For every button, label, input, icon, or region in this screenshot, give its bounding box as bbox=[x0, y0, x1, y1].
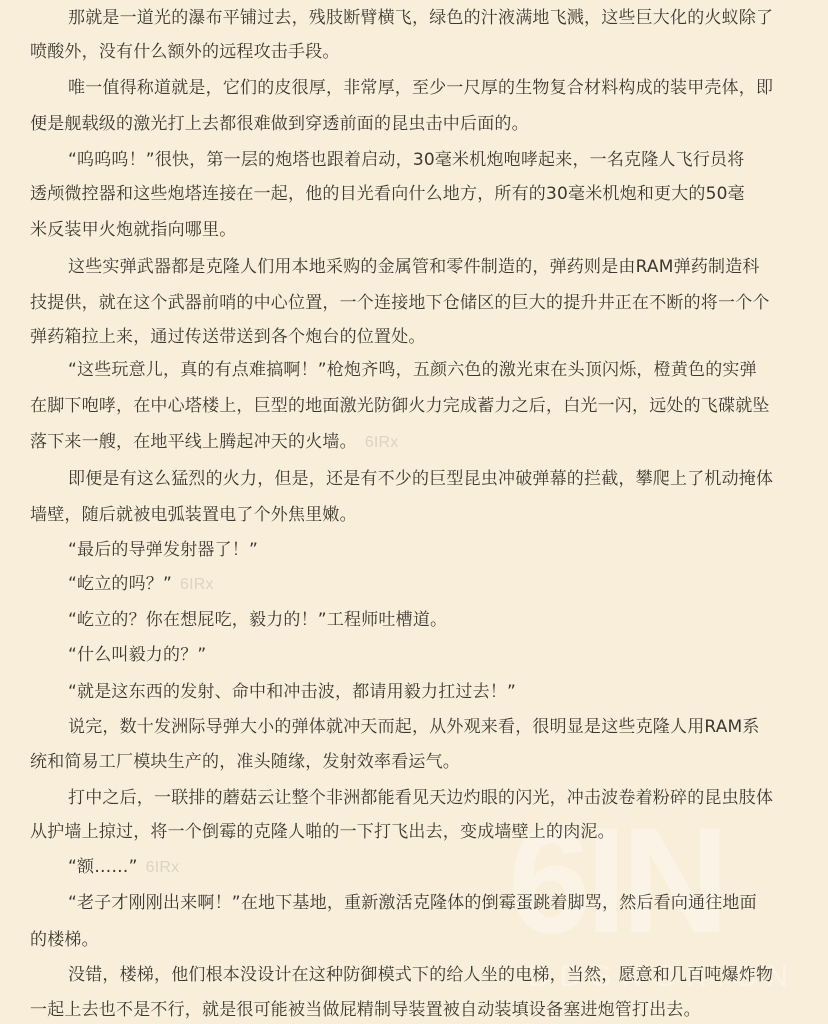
paragraph-first-line: “额……”6IRx bbox=[68, 854, 179, 880]
inline-watermark-tag: 6IRx bbox=[365, 434, 399, 451]
line-text: 唯一值得称道就是，它们的皮很厚，非常厚，至少一尺厚的生物复合材料构成的装甲壳体，… bbox=[68, 78, 773, 98]
paragraph-first-line: 那就是一道光的瀑布平铺过去，残肢断臂横飞，绿色的汁液满地飞溅，这些巨大化的火蚁除… bbox=[68, 5, 773, 31]
paragraph-first-line: 这些实弹武器都是克隆人们用本地采购的金属管和零件制造的，弹药则是由RAM弹药制造… bbox=[68, 254, 760, 280]
line-text: 统和简易工厂模块生产的，准头随缘，发射效率看运气。 bbox=[30, 752, 460, 772]
paragraph-line: 弹药箱拉上来，通过传送带送到各个炮台的位置处。 bbox=[30, 324, 426, 350]
paragraph-first-line: 打中之后，一联排的蘑菇云让整个非洲都能看见天边灼眼的闪光，冲击波卷着粉碎的昆虫肢… bbox=[68, 785, 773, 811]
paragraph-line: 喷酸外，没有什么额外的远程攻击手段。 bbox=[30, 39, 340, 65]
line-text: 那就是一道光的瀑布平铺过去，残肢断臂横飞，绿色的汁液满地飞溅，这些巨大化的火蚁除… bbox=[68, 8, 773, 28]
line-text: 米反装甲火炮就指向哪里。 bbox=[30, 220, 236, 240]
paragraph-first-line: “这些玩意儿，真的有点难搞啊！”枪炮齐鸣，五颜六色的激光束在头顶闪烁，橙黄色的实… bbox=[68, 357, 757, 383]
line-text: 落下来一艘，在地平线上腾起冲天的火墙。 bbox=[30, 432, 357, 452]
paragraph-first-line: 没错，楼梯，他们根本没设计在这种防御模式下的给人坐的电梯，当然，愿意和几百吨爆炸… bbox=[68, 962, 773, 988]
paragraph-line: 统和简易工厂模块生产的，准头随缘，发射效率看运气。 bbox=[30, 749, 460, 775]
line-text: “老子才刚刚出来啊！”在地下基地，重新激活克隆体的倒霉蛋跳着脚骂，然后看向通往地… bbox=[68, 893, 757, 913]
paragraph-line: 从护墙上掠过，将一个倒霉的克隆人啪的一下打飞出去，变成墙壁上的肉泥。 bbox=[30, 819, 615, 845]
line-text: 在脚下咆哮，在中心塔楼上，巨型的地面激光防御火力完成蓄力之后，白光一闪，远处的飞… bbox=[30, 396, 770, 416]
paragraph-first-line: “屹立的？你在想屁吃，毅力的！”工程师吐槽道。 bbox=[68, 607, 447, 633]
inline-watermark-tag: 6IRx bbox=[146, 859, 180, 876]
paragraph-first-line: 说完，数十发洲际导弹大小的弹体就冲天而起，从外观来看，很明显是这些克隆人用RAM… bbox=[68, 714, 760, 740]
line-text: 打中之后，一联排的蘑菇云让整个非洲都能看见天边灼眼的闪光，冲击波卷着粉碎的昆虫肢… bbox=[68, 788, 773, 808]
line-text: “屹立的吗？” bbox=[68, 574, 172, 594]
line-text: “最后的导弹发射器了！” bbox=[68, 540, 258, 560]
line-text: 说完，数十发洲际导弹大小的弹体就冲天而起，从外观来看，很明显是这些克隆人用RAM… bbox=[68, 717, 760, 737]
paragraph-line: 技提供，就在这个武器前哨的中心位置，一个连接地下仓储区的巨大的提升井正在不断的将… bbox=[30, 290, 770, 316]
paragraph-line: 透颅微控器和这些炮塔连接在一起，他的目光看向什么地方，所有的30毫米机炮和更大的… bbox=[30, 181, 745, 207]
line-text: 喷酸外，没有什么额外的远程攻击手段。 bbox=[30, 42, 340, 62]
line-text: “就是这东西的发射、命中和冲击波，都请用毅力扛过去！” bbox=[68, 682, 516, 702]
paragraph-first-line: “最后的导弹发射器了！” bbox=[68, 537, 258, 563]
line-text: 墙壁，随后就被电弧装置电了个外焦里嫩。 bbox=[30, 505, 357, 525]
line-text: 这些实弹武器都是克隆人们用本地采购的金属管和零件制造的，弹药则是由RAM弹药制造… bbox=[68, 257, 760, 277]
paragraph-first-line: 唯一值得称道就是，它们的皮很厚，非常厚，至少一尺厚的生物复合材料构成的装甲壳体，… bbox=[68, 75, 773, 101]
paragraph-first-line: “老子才刚刚出来啊！”在地下基地，重新激活克隆体的倒霉蛋跳着脚骂，然后看向通往地… bbox=[68, 890, 757, 916]
line-text: “什么叫毅力的？” bbox=[68, 645, 206, 665]
line-text: 弹药箱拉上来，通过传送带送到各个炮台的位置处。 bbox=[30, 327, 426, 347]
line-text: 的楼梯。 bbox=[30, 930, 99, 950]
paragraph-line: 落下来一艘，在地平线上腾起冲天的火墙。6IRx bbox=[30, 429, 399, 455]
line-text: 即便是有这么猛烈的火力，但是，还是有不少的巨型昆虫冲破弹幕的拦截，攀爬上了机动掩… bbox=[68, 469, 773, 489]
line-text: “这些玩意儿，真的有点难搞啊！”枪炮齐鸣，五颜六色的激光束在头顶闪烁，橙黄色的实… bbox=[68, 360, 757, 380]
line-text: 从护墙上掠过，将一个倒霉的克隆人啪的一下打飞出去，变成墙壁上的肉泥。 bbox=[30, 822, 615, 842]
paragraph-line: 便是舰载级的激光打上去都很难做到穿透前面的昆虫击中后面的。 bbox=[30, 111, 529, 137]
paragraph-line: 在脚下咆哮，在中心塔楼上，巨型的地面激光防御火力完成蓄力之后，白光一闪，远处的飞… bbox=[30, 393, 770, 419]
line-text: 一起上去也不是不行，就是很可能被当做屁精制导装置被自动装填设备塞进炮管打出去。 bbox=[30, 1000, 701, 1020]
line-text: “额……” bbox=[68, 857, 138, 877]
line-text: 便是舰载级的激光打上去都很难做到穿透前面的昆虫击中后面的。 bbox=[30, 114, 529, 134]
paragraph-first-line: 即便是有这么猛烈的火力，但是，还是有不少的巨型昆虫冲破弹幕的拦截，攀爬上了机动掩… bbox=[68, 466, 773, 492]
paragraph-line: 米反装甲火炮就指向哪里。 bbox=[30, 217, 236, 243]
inline-watermark-tag: 6IRx bbox=[180, 576, 214, 593]
paragraph-first-line: “就是这东西的发射、命中和冲击波，都请用毅力扛过去！” bbox=[68, 679, 516, 705]
paragraph-line: 墙壁，随后就被电弧装置电了个外焦里嫩。 bbox=[30, 502, 357, 528]
line-text: “屹立的？你在想屁吃，毅力的！”工程师吐槽道。 bbox=[68, 610, 447, 630]
line-text: “呜呜呜！”很快，第一层的炮塔也跟着启动，30毫米机炮咆哮起来，一名克隆人飞行员… bbox=[68, 150, 744, 170]
paragraph-first-line: “屹立的吗？”6IRx bbox=[68, 571, 214, 597]
paragraph-line: 一起上去也不是不行，就是很可能被当做屁精制导装置被自动装填设备塞进炮管打出去。 bbox=[30, 997, 701, 1023]
line-text: 没错，楼梯，他们根本没设计在这种防御模式下的给人坐的电梯，当然，愿意和几百吨爆炸… bbox=[68, 965, 773, 985]
paragraph-first-line: “什么叫毅力的？” bbox=[68, 642, 206, 668]
paragraph-line: 的楼梯。 bbox=[30, 927, 99, 953]
paragraph-first-line: “呜呜呜！”很快，第一层的炮塔也跟着启动，30毫米机炮咆哮起来，一名克隆人飞行员… bbox=[68, 147, 744, 173]
line-text: 透颅微控器和这些炮塔连接在一起，他的目光看向什么地方，所有的30毫米机炮和更大的… bbox=[30, 184, 745, 204]
line-text: 技提供，就在这个武器前哨的中心位置，一个连接地下仓储区的巨大的提升井正在不断的将… bbox=[30, 293, 770, 313]
